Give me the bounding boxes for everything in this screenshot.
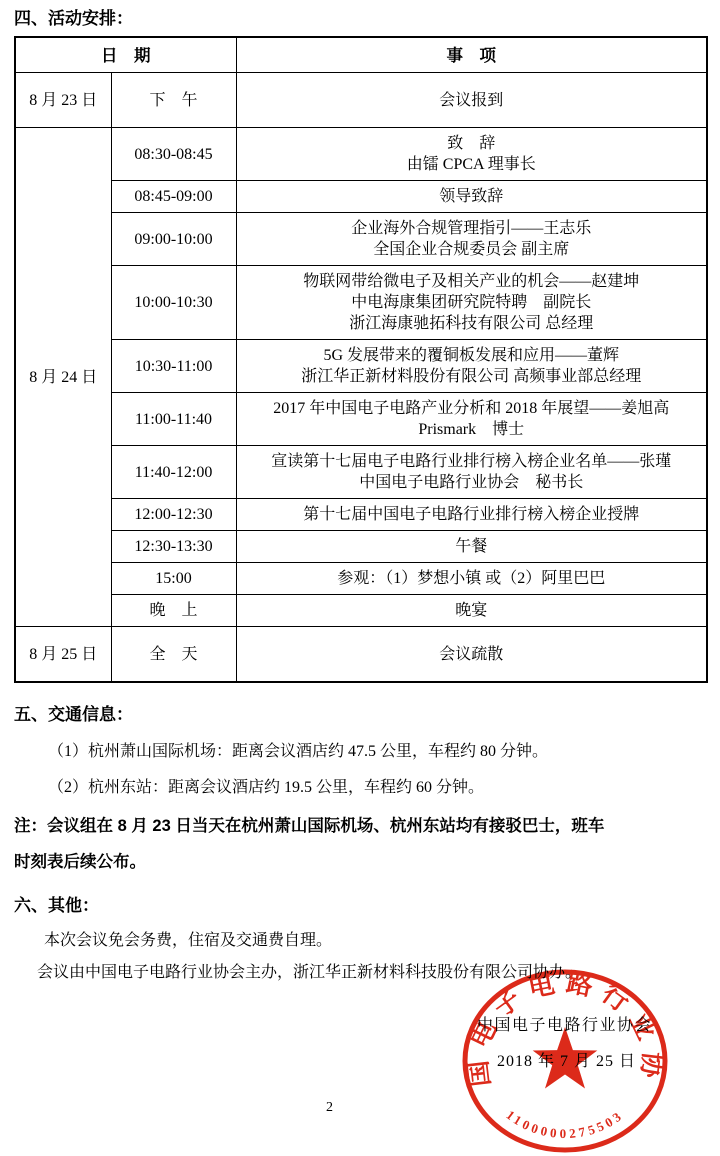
time-cell: 08:30-08:45 xyxy=(111,128,236,181)
time-cell: 11:40-12:00 xyxy=(111,446,236,499)
schedule-row: 10:00-10:30物联网带给微电子及相关产业的机会——赵建坤中电海康集团研究… xyxy=(15,266,707,340)
item-column-header: 事 项 xyxy=(236,37,707,73)
section6-title: 六、其他： xyxy=(14,894,706,918)
item-line: 中国电子电路行业协会 秘书长 xyxy=(241,472,703,493)
item-line: 全国企业合规委员会 副主席 xyxy=(241,239,703,260)
item-line: 午餐 xyxy=(241,536,703,557)
item-cell: 会议疏散 xyxy=(236,627,707,683)
time-cell: 09:00-10:00 xyxy=(111,213,236,266)
time-cell: 15:00 xyxy=(111,563,236,595)
item-line: 致 辞 xyxy=(241,133,703,154)
item-line: 5G 发展带来的覆铜板发展和应用——董辉 xyxy=(241,345,703,366)
item-cell: 5G 发展带来的覆铜板发展和应用——董辉浙江华正新材料股份有限公司 高频事业部总… xyxy=(236,340,707,393)
schedule-row: 08:45-09:00领导致辞 xyxy=(15,181,707,213)
item-line: Prismark 博士 xyxy=(241,419,703,440)
item-line: 会议报到 xyxy=(241,90,703,111)
item-line: 物联网带给微电子及相关产业的机会——赵建坤 xyxy=(241,271,703,292)
item-cell: 午餐 xyxy=(236,531,707,563)
svg-text:1100000275503: 1100000275503 xyxy=(503,1107,626,1141)
item-line: 会议疏散 xyxy=(241,644,703,665)
schedule-table: 日 期 事 项 8 月 23 日下 午会议报到8 月 24 日08:30-08:… xyxy=(14,36,708,683)
schedule-row: 8 月 23 日下 午会议报到 xyxy=(15,73,707,128)
item-cell: 第十七届中国电子电路行业排行榜入榜企业授牌 xyxy=(236,499,707,531)
item-line: 2017 年中国电子电路产业分析和 2018 年展望——姜旭高 xyxy=(241,398,703,419)
schedule-row: 12:30-13:30午餐 xyxy=(15,531,707,563)
date-cell: 8 月 23 日 xyxy=(15,73,111,128)
schedule-row: 10:30-11:005G 发展带来的覆铜板发展和应用——董辉浙江华正新材料股份… xyxy=(15,340,707,393)
item-line: 参观：（1）梦想小镇 或（2）阿里巴巴 xyxy=(241,568,703,589)
item-cell: 物联网带给微电子及相关产业的机会——赵建坤中电海康集团研究院特聘 副院长浙江海康… xyxy=(236,266,707,340)
item-line: 第十七届中国电子电路行业排行榜入榜企业授牌 xyxy=(241,504,703,525)
item-cell: 参观：（1）梦想小镇 或（2）阿里巴巴 xyxy=(236,563,707,595)
date-column-header: 日 期 xyxy=(15,37,236,73)
schedule-row: 晚 上晚宴 xyxy=(15,595,707,627)
time-cell: 11:00-11:40 xyxy=(111,393,236,446)
item-line: 由镭 CPCA 理事长 xyxy=(241,154,703,175)
schedule-row: 12:00-12:30第十七届中国电子电路行业排行榜入榜企业授牌 xyxy=(15,499,707,531)
item-cell: 企业海外合规管理指引——王志乐全国企业合规委员会 副主席 xyxy=(236,213,707,266)
item-cell: 会议报到 xyxy=(236,73,707,128)
section5-title: 五、交通信息： xyxy=(14,703,706,727)
date-cell: 8 月 24 日 xyxy=(15,128,111,627)
time-cell: 晚 上 xyxy=(111,595,236,627)
time-cell: 全 天 xyxy=(111,627,236,683)
page-number: 2 xyxy=(326,1100,333,1116)
stamp-serial-number: 1100000275503 xyxy=(503,1107,626,1141)
time-cell: 12:30-13:30 xyxy=(111,531,236,563)
item-line: 领导致辞 xyxy=(241,186,703,207)
schedule-row: 8 月 24 日08:30-08:45致 辞由镭 CPCA 理事长 xyxy=(15,128,707,181)
official-seal-stamp: 中国电子电路行业协会 1100000275503 xyxy=(458,966,672,1156)
item-cell: 2017 年中国电子电路产业分析和 2018 年展望——姜旭高Prismark … xyxy=(236,393,707,446)
item-line: 浙江海康驰拓科技有限公司 总经理 xyxy=(241,313,703,334)
time-cell: 10:00-10:30 xyxy=(111,266,236,340)
schedule-header-row: 日 期 事 项 xyxy=(15,37,707,73)
item-cell: 领导致辞 xyxy=(236,181,707,213)
item-line: 中电海康集团研究院特聘 副院长 xyxy=(241,292,703,313)
star-icon xyxy=(533,1027,598,1089)
schedule-row: 15:00参观：（1）梦想小镇 或（2）阿里巴巴 xyxy=(15,563,707,595)
schedule-row: 11:00-11:402017 年中国电子电路产业分析和 2018 年展望——姜… xyxy=(15,393,707,446)
traffic-item-station: （2）杭州东站：距离会议酒店约 19.5 公里，车程约 60 分钟。 xyxy=(48,777,706,799)
item-line: 浙江华正新材料股份有限公司 高频事业部总经理 xyxy=(241,366,703,387)
traffic-item-airport: （1）杭州萧山国际机场：距离会议酒店约 47.5 公里，车程约 80 分钟。 xyxy=(48,741,706,763)
time-cell: 10:30-11:00 xyxy=(111,340,236,393)
item-cell: 宣读第十七届电子电路行业排行榜入榜企业名单——张瑾中国电子电路行业协会 秘书长 xyxy=(236,446,707,499)
item-line: 企业海外合规管理指引——王志乐 xyxy=(241,218,703,239)
shuttle-note-line1: 注：会议组在 8 月 23 日当天在杭州萧山国际机场、杭州东站均有接驳巴士，班车 xyxy=(14,808,706,844)
item-cell: 致 辞由镭 CPCA 理事长 xyxy=(236,128,707,181)
item-cell: 晚宴 xyxy=(236,595,707,627)
item-line: 晚宴 xyxy=(241,600,703,621)
time-cell: 12:00-12:30 xyxy=(111,499,236,531)
schedule-row: 11:40-12:00宣读第十七届电子电路行业排行榜入榜企业名单——张瑾中国电子… xyxy=(15,446,707,499)
schedule-row: 8 月 25 日全 天会议疏散 xyxy=(15,627,707,683)
time-cell: 08:45-09:00 xyxy=(111,181,236,213)
other-item-fees: 本次会议免会务费，住宿及交通费自理。 xyxy=(44,930,706,952)
time-cell: 下 午 xyxy=(111,73,236,128)
item-line: 宣读第十七届电子电路行业排行榜入榜企业名单——张瑾 xyxy=(241,451,703,472)
document-page: 四、活动安排： 日 期 事 项 8 月 23 日下 午会议报到8 月 24 日0… xyxy=(0,0,720,1156)
shuttle-note-line2: 时刻表后续公布。 xyxy=(14,844,706,880)
date-cell: 8 月 25 日 xyxy=(15,627,111,683)
schedule-row: 09:00-10:00企业海外合规管理指引——王志乐全国企业合规委员会 副主席 xyxy=(15,213,707,266)
section4-title: 四、活动安排： xyxy=(14,0,706,31)
